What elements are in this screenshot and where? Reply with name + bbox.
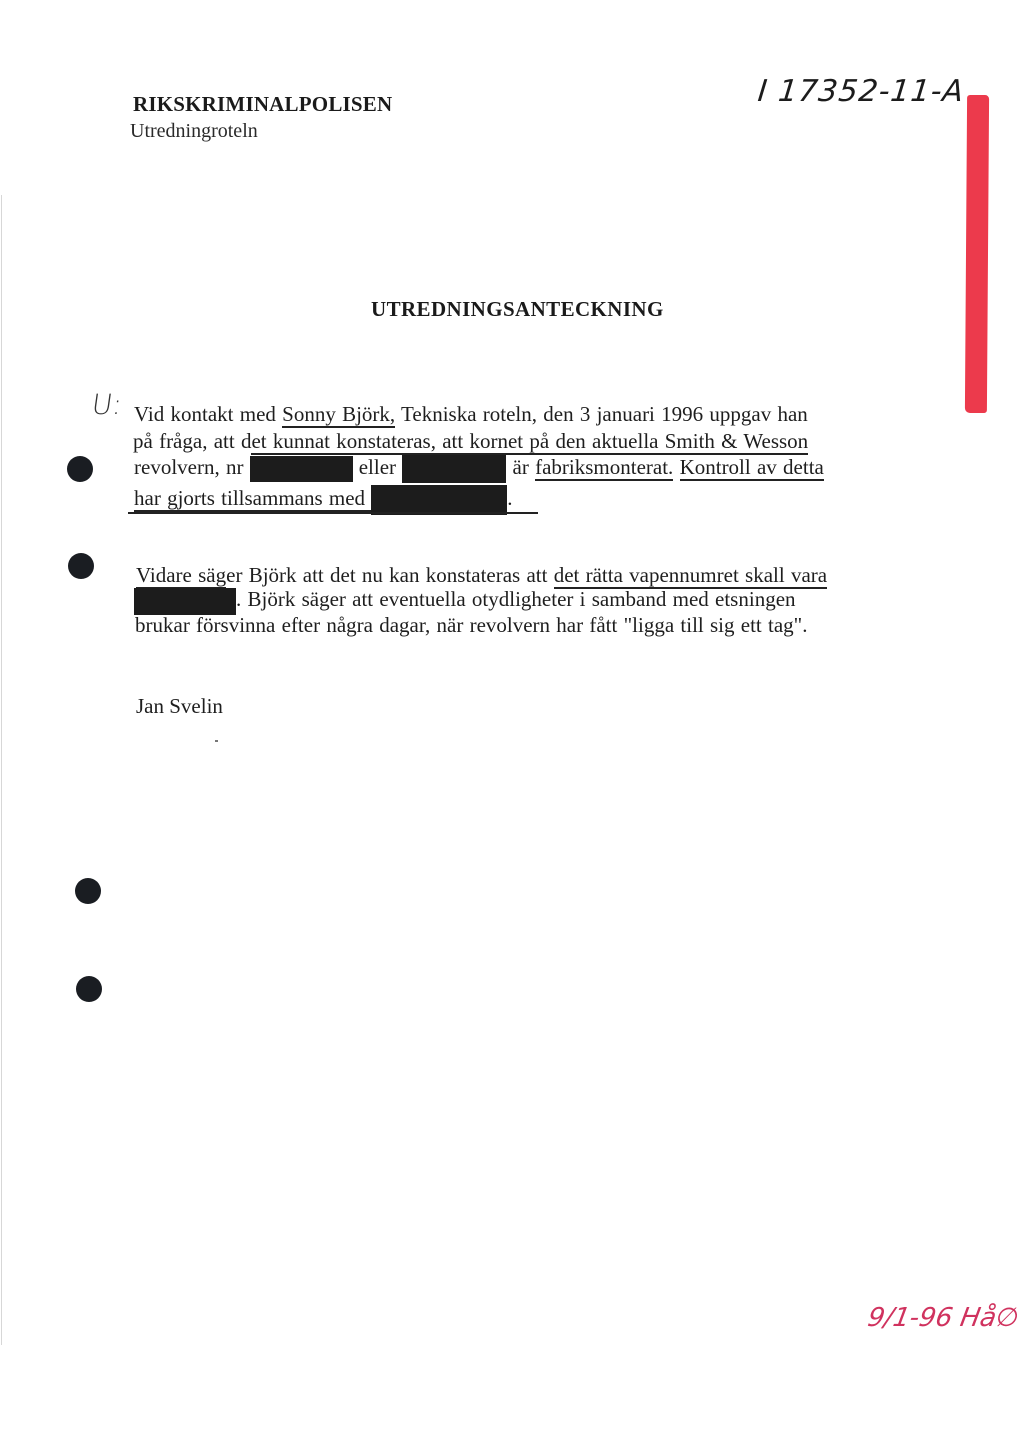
scan-speck — [215, 740, 218, 742]
punch-hole — [75, 878, 101, 904]
underlined-kontroll: Kontroll av detta — [680, 455, 824, 481]
organization-name: RIKSKRIMINALPOLISEN — [133, 92, 392, 117]
handwritten-date-signature: 9/1-96 Hå∅ — [865, 1303, 1021, 1333]
paragraph2-line1: Vidare säger Björk att det nu kan konsta… — [136, 563, 827, 588]
underline-rule — [128, 512, 538, 514]
underlined-vidare: Vidare säg — [136, 563, 226, 589]
paragraph2-line2: . Björk säger att eventuella otydlighete… — [134, 587, 796, 615]
paragraph1-line4: har gjorts tillsammans med . — [134, 485, 513, 515]
punch-hole — [68, 553, 94, 579]
author-name: Jan Svelin — [136, 694, 223, 719]
organization-unit: Utredningroteln — [130, 120, 258, 143]
paragraph1-line1: Vid kontakt med Sonny Björk, Tekniska ro… — [134, 402, 808, 427]
punch-hole — [76, 976, 102, 1002]
underlined-name: Sonny Björk, — [282, 402, 395, 428]
paragraph1-line2: på fråga, att det kunnat konstateras, at… — [133, 429, 808, 454]
redaction-block — [250, 456, 353, 482]
underlined-vapennumret: det rätta vapennumret skall vara — [554, 563, 827, 589]
redaction-block — [134, 588, 236, 615]
red-marker-stripe — [965, 95, 989, 413]
redaction-block — [371, 485, 507, 515]
underlined-fabriksmonterat: fabriksmonterat. — [535, 455, 673, 481]
handwritten-margin-note: U: — [90, 388, 125, 421]
paragraph2-line3: brukar försvinna efter några dagar, när … — [135, 613, 807, 638]
underlined-gjorts: har gjorts tillsammans med — [134, 486, 371, 512]
underlined-statement: et kunnat konstateras, att kornet på den… — [251, 429, 808, 455]
document-title: UTREDNINGSANTECKNING — [371, 297, 664, 322]
scan-edge-line — [1, 195, 2, 1345]
handwritten-reference-number: I 17352-11-A — [756, 74, 966, 109]
paragraph1-line3: revolvern, nr eller är fabriksmonterat. … — [134, 455, 824, 483]
punch-hole — [67, 456, 93, 482]
redaction-block — [402, 455, 506, 483]
